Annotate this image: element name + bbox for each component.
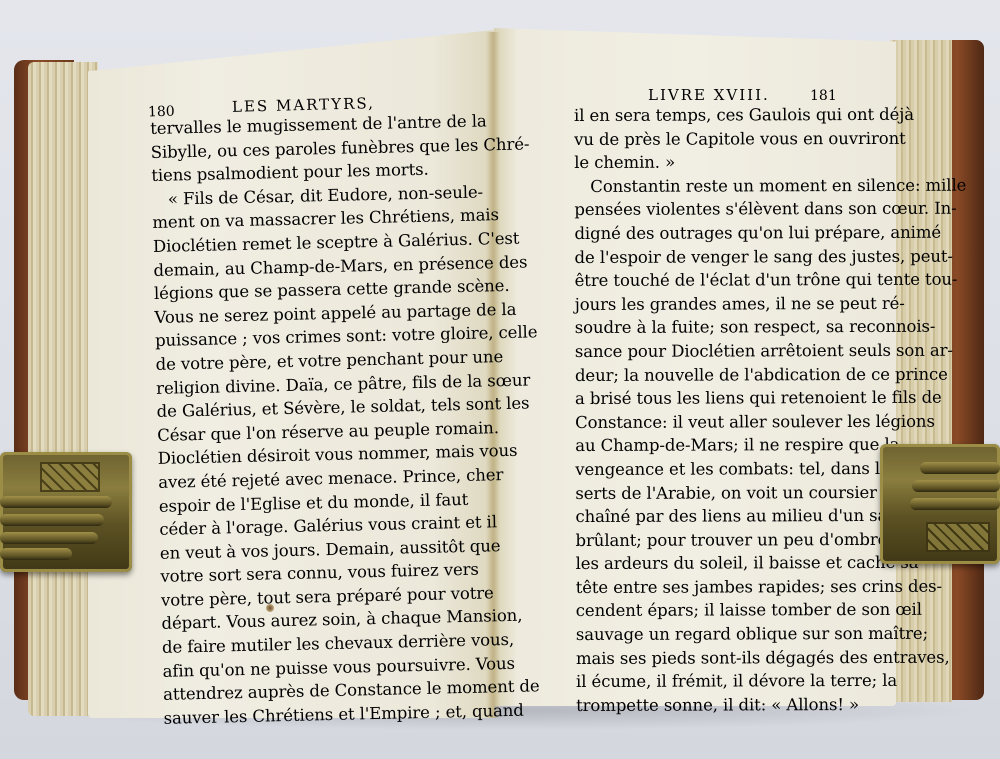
- text-line: Constantin reste un moment en silence: m…: [574, 174, 838, 199]
- right-running-head: LIVRE XVIII.: [648, 86, 770, 104]
- text-line: de l'espoir de venger le sang des justes…: [574, 245, 838, 270]
- hand-finger-icon: [0, 548, 72, 560]
- text-line: pensées violentes s'élèvent dans son cœu…: [574, 197, 838, 222]
- hand-finger-icon: [0, 496, 112, 508]
- text-line: il en sera temps, ces Gaulois qui ont dé…: [574, 103, 838, 128]
- text-line: chaîné par des liens au milieu d'un sabl…: [575, 504, 839, 529]
- text-line: mais ses pieds sont-ils dégagés des entr…: [576, 646, 840, 671]
- right-page-text: il en sera temps, ces Gaulois qui ont dé…: [574, 103, 840, 717]
- lattice-ornament-icon: [40, 462, 100, 492]
- text-line: vengeance et les combats: tel, dans les …: [575, 457, 839, 482]
- text-line: Constance: il veut aller soulever les lé…: [575, 410, 839, 435]
- text-line: vu de près le Capitole vous en ouvriront: [574, 127, 838, 152]
- text-line: jours les grandes ames, il ne se peut ré…: [575, 292, 839, 317]
- hand-finger-icon: [920, 462, 1000, 474]
- text-line: deur; la nouvelle de l'abdication de ce …: [575, 363, 839, 388]
- text-line: tête entre ses jambes rapides; ses crins…: [576, 575, 840, 600]
- text-line: serts de l'Arabie, on voit un coursier e…: [575, 481, 839, 506]
- text-line: au Champ-de-Mars; il ne respire que la: [575, 433, 839, 458]
- brass-page-clamp-left: [0, 452, 132, 572]
- hand-finger-icon: [0, 532, 98, 544]
- text-line: trompette sonne, il dit: « Allons! »: [576, 693, 840, 718]
- text-line: digné des outrages qu'on lui prépare, an…: [574, 221, 838, 246]
- text-line: les ardeurs du soleil, il baisse et cach…: [576, 551, 840, 576]
- brass-page-clamp-right: [880, 444, 1000, 564]
- hand-finger-icon: [910, 498, 1000, 510]
- open-book: 180 LES MARTYRS, LIVRE XVIII. 181 terval…: [0, 0, 1000, 759]
- text-line: brûlant; pour trouver un peu d'ombre con…: [575, 528, 839, 553]
- page-edges-left: [28, 62, 98, 716]
- text-line: soudre à la fuite; son respect, sa recon…: [575, 315, 839, 340]
- text-line: a brisé tous les liens qui retenoient le…: [575, 386, 839, 411]
- right-page-number: 181: [810, 88, 837, 104]
- text-line: cendent épars; il laisse tomber de son œ…: [576, 599, 840, 624]
- hand-finger-icon: [0, 514, 104, 526]
- lattice-ornament-icon: [926, 522, 990, 552]
- text-line: sauvage un regard oblique sur son maître…: [576, 622, 840, 647]
- text-line: le chemin. »: [574, 150, 838, 175]
- text-line: il écume, il frémit, il dévore la terre;…: [576, 669, 840, 694]
- text-line: être touché de l'éclat d'un trône qui te…: [575, 268, 839, 293]
- hand-finger-icon: [912, 480, 1000, 492]
- text-line: sance pour Dioclétien arrêtoient seuls s…: [575, 339, 839, 364]
- left-page-text: tervalles le mugissement de l'antre de l…: [150, 111, 440, 731]
